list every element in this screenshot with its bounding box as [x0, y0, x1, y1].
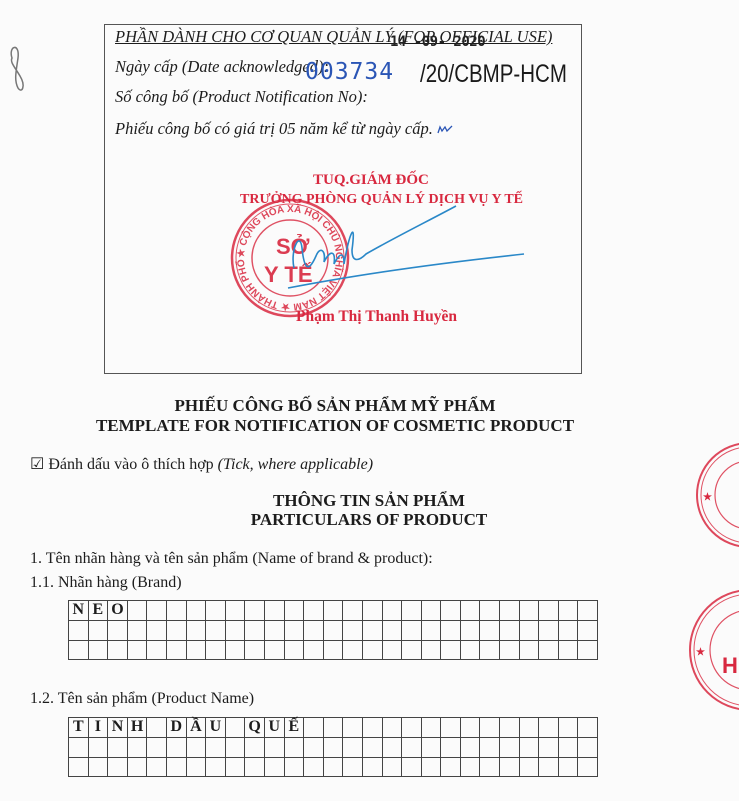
grid-cell[interactable] — [284, 757, 304, 777]
grid-cell[interactable] — [382, 718, 402, 738]
grid-cell[interactable] — [343, 620, 363, 640]
grid-cell[interactable] — [304, 718, 324, 738]
grid-cell[interactable]: O — [108, 601, 128, 621]
product-name-grid[interactable]: TINHDẦUQUẾ — [68, 717, 598, 777]
grid-cell[interactable] — [343, 601, 363, 621]
grid-cell[interactable] — [421, 718, 441, 738]
grid-cell[interactable] — [323, 737, 343, 757]
signature — [280, 190, 540, 300]
handwritten-mark — [6, 28, 32, 98]
grid-cell[interactable] — [245, 620, 265, 640]
question-1-label: 1. Tên nhãn hàng và tên sản phẩm (Name o… — [30, 550, 433, 568]
grid-cell[interactable] — [382, 640, 402, 660]
svg-text:H: H — [722, 653, 738, 678]
grid-cell[interactable]: Ế — [284, 718, 304, 738]
grid-cell[interactable] — [421, 757, 441, 777]
grid-cell[interactable] — [402, 601, 422, 621]
grid-cell[interactable] — [460, 757, 480, 777]
grid-cell[interactable] — [166, 620, 186, 640]
grid-cell[interactable] — [578, 640, 598, 660]
svg-text:★: ★ — [703, 492, 712, 503]
grid-cell[interactable] — [147, 757, 167, 777]
grid-cell[interactable] — [264, 640, 284, 660]
signatory-name: Phạm Thị Thanh Huyền — [296, 308, 457, 326]
grid-cell[interactable] — [578, 718, 598, 738]
grid-cell[interactable] — [264, 620, 284, 640]
grid-cell[interactable] — [519, 640, 539, 660]
grid-cell[interactable] — [441, 620, 461, 640]
grid-cell[interactable] — [127, 640, 147, 660]
grid-cell[interactable] — [460, 737, 480, 757]
grid-cell[interactable] — [206, 620, 226, 640]
grid-cell[interactable] — [441, 718, 461, 738]
signatory-title-1: TUQ.GIÁM ĐỐC — [313, 172, 429, 189]
grid-cell[interactable] — [166, 601, 186, 621]
grid-cell[interactable] — [402, 620, 422, 640]
grid-cell[interactable] — [343, 737, 363, 757]
grid-cell[interactable] — [519, 718, 539, 738]
grid-cell[interactable] — [147, 737, 167, 757]
grid-cell[interactable] — [343, 718, 363, 738]
grid-cell[interactable] — [147, 620, 167, 640]
grid-cell[interactable] — [578, 757, 598, 777]
grid-cell[interactable] — [225, 601, 245, 621]
grid-cell[interactable] — [519, 737, 539, 757]
grid-cell[interactable] — [206, 601, 226, 621]
grid-cell[interactable] — [480, 620, 500, 640]
brand-label: 1.1. Nhãn hàng (Brand) — [30, 574, 182, 592]
grid-cell[interactable] — [539, 640, 559, 660]
grid-cell[interactable] — [441, 640, 461, 660]
grid-cell[interactable] — [166, 737, 186, 757]
grid-cell[interactable] — [284, 620, 304, 640]
grid-cell[interactable] — [500, 620, 520, 640]
grid-cell[interactable] — [88, 620, 108, 640]
grid-cell[interactable] — [402, 640, 422, 660]
validity-note: Phiếu công bố có giá trị 05 năm kể từ ng… — [115, 119, 453, 139]
grid-cell[interactable] — [578, 601, 598, 621]
form-title-en: TEMPLATE FOR NOTIFICATION OF COSMETIC PR… — [0, 416, 670, 436]
grid-cell[interactable] — [88, 640, 108, 660]
checkbox-checked-icon: ☑ — [30, 456, 44, 473]
grid-cell[interactable] — [343, 640, 363, 660]
grid-cell[interactable] — [460, 718, 480, 738]
grid-cell[interactable] — [343, 757, 363, 777]
tick-instruction: ☑ Đánh dấu vào ô thích hợp (Tick, where … — [30, 454, 373, 474]
grid-cell[interactable] — [362, 620, 382, 640]
handwritten-initial-icon — [437, 124, 453, 134]
grid-cell[interactable] — [108, 640, 128, 660]
grid-cell[interactable] — [480, 601, 500, 621]
brand-grid[interactable]: NEO — [68, 600, 598, 660]
grid-cell[interactable] — [500, 757, 520, 777]
form-title-vi: PHIẾU CÔNG BỐ SẢN PHẨM MỸ PHẨM — [0, 396, 670, 416]
grid-cell[interactable] — [323, 640, 343, 660]
grid-cell[interactable] — [519, 757, 539, 777]
grid-cell[interactable] — [421, 601, 441, 621]
grid-cell[interactable] — [225, 640, 245, 660]
grid-cell[interactable] — [186, 737, 206, 757]
grid-cell[interactable] — [304, 620, 324, 640]
grid-cell[interactable] — [421, 640, 441, 660]
grid-cell[interactable] — [441, 737, 461, 757]
grid-cell[interactable] — [500, 601, 520, 621]
grid-cell[interactable] — [108, 737, 128, 757]
grid-cell[interactable] — [362, 718, 382, 738]
grid-cell[interactable] — [323, 601, 343, 621]
grid-cell[interactable] — [362, 601, 382, 621]
grid-cell[interactable]: U — [264, 718, 284, 738]
date-acknowledged-label: Ngày cấp (Date acknowledged): — [115, 57, 329, 77]
grid-cell[interactable] — [284, 640, 304, 660]
grid-cell[interactable] — [578, 620, 598, 640]
product-name-label: 1.2. Tên sản phẩm (Product Name) — [30, 690, 254, 708]
grid-cell[interactable] — [166, 757, 186, 777]
grid-cell[interactable] — [147, 601, 167, 621]
section-title-vi: THÔNG TIN SẢN PHẨM — [0, 491, 738, 511]
grid-cell[interactable] — [323, 757, 343, 777]
grid-cell[interactable]: E — [88, 601, 108, 621]
grid-cell[interactable] — [539, 757, 559, 777]
grid-cell[interactable] — [304, 601, 324, 621]
grid-cell[interactable] — [402, 737, 422, 757]
svg-text:★: ★ — [696, 647, 705, 658]
grid-cell[interactable] — [108, 757, 128, 777]
notification-suffix: /20/CBMP-HCM — [420, 60, 567, 89]
grid-cell[interactable] — [69, 757, 89, 777]
grid-cell[interactable] — [539, 601, 559, 621]
grid-cell[interactable] — [441, 757, 461, 777]
grid-cell[interactable] — [539, 718, 559, 738]
grid-cell[interactable] — [264, 601, 284, 621]
date-acknowledged-value: 14 -09- 2020 — [390, 34, 485, 50]
grid-cell[interactable] — [88, 737, 108, 757]
grid-cell[interactable] — [558, 737, 578, 757]
grid-cell[interactable] — [539, 620, 559, 640]
grid-cell[interactable] — [245, 737, 265, 757]
grid-cell[interactable] — [284, 737, 304, 757]
grid-cell[interactable] — [186, 640, 206, 660]
grid-cell[interactable]: D — [166, 718, 186, 738]
partial-seal-stamp-2: ★ H — [684, 585, 739, 715]
grid-cell[interactable] — [245, 601, 265, 621]
grid-cell[interactable] — [558, 620, 578, 640]
grid-cell[interactable] — [421, 620, 441, 640]
grid-cell[interactable] — [225, 757, 245, 777]
grid-cell[interactable] — [382, 757, 402, 777]
grid-cell[interactable] — [402, 718, 422, 738]
grid-cell[interactable] — [500, 640, 520, 660]
grid-cell[interactable]: T — [69, 718, 89, 738]
grid-cell[interactable] — [127, 757, 147, 777]
grid-cell[interactable] — [186, 757, 206, 777]
grid-cell[interactable] — [500, 718, 520, 738]
grid-cell[interactable] — [186, 620, 206, 640]
grid-cell[interactable] — [147, 640, 167, 660]
grid-cell[interactable] — [402, 757, 422, 777]
grid-cell[interactable] — [460, 640, 480, 660]
grid-cell[interactable] — [225, 718, 245, 738]
grid-cell[interactable] — [362, 640, 382, 660]
grid-cell[interactable]: Ầ — [186, 718, 206, 738]
grid-cell[interactable] — [519, 620, 539, 640]
grid-cell[interactable] — [558, 718, 578, 738]
grid-cell[interactable] — [500, 737, 520, 757]
grid-cell[interactable] — [69, 640, 89, 660]
grid-cell[interactable] — [382, 620, 402, 640]
grid-cell[interactable] — [460, 620, 480, 640]
notification-number: 003734 — [305, 59, 394, 85]
grid-cell[interactable] — [225, 620, 245, 640]
grid-cell[interactable] — [166, 640, 186, 660]
grid-cell[interactable] — [480, 718, 500, 738]
grid-cell[interactable] — [362, 757, 382, 777]
grid-cell[interactable] — [304, 737, 324, 757]
grid-cell[interactable] — [186, 601, 206, 621]
grid-cell[interactable] — [558, 640, 578, 660]
grid-cell[interactable] — [147, 718, 167, 738]
grid-cell[interactable] — [323, 620, 343, 640]
grid-cell[interactable] — [69, 620, 89, 640]
grid-cell[interactable] — [206, 640, 226, 660]
grid-cell[interactable] — [480, 640, 500, 660]
grid-cell[interactable] — [441, 601, 461, 621]
grid-cell[interactable] — [519, 601, 539, 621]
grid-cell[interactable] — [480, 737, 500, 757]
grid-cell[interactable] — [264, 737, 284, 757]
grid-cell[interactable] — [362, 737, 382, 757]
grid-cell[interactable]: N — [69, 601, 89, 621]
grid-cell[interactable] — [304, 640, 324, 660]
grid-cell[interactable] — [578, 737, 598, 757]
grid-cell[interactable]: U — [206, 718, 226, 738]
grid-cell[interactable] — [127, 620, 147, 640]
grid-cell[interactable] — [421, 737, 441, 757]
partial-seal-stamp-1: ★ — [693, 440, 739, 550]
grid-cell[interactable] — [460, 601, 480, 621]
grid-cell[interactable] — [558, 757, 578, 777]
grid-cell[interactable] — [382, 737, 402, 757]
grid-cell[interactable] — [127, 737, 147, 757]
grid-cell[interactable] — [264, 757, 284, 777]
grid-cell[interactable] — [558, 601, 578, 621]
grid-cell[interactable] — [480, 757, 500, 777]
grid-cell[interactable]: I — [88, 718, 108, 738]
grid-cell[interactable] — [206, 737, 226, 757]
grid-cell[interactable] — [323, 718, 343, 738]
grid-cell[interactable] — [382, 601, 402, 621]
grid-cell[interactable] — [206, 757, 226, 777]
grid-cell[interactable] — [245, 757, 265, 777]
grid-cell[interactable] — [108, 620, 128, 640]
grid-cell[interactable] — [304, 757, 324, 777]
grid-cell[interactable]: N — [108, 718, 128, 738]
grid-cell[interactable] — [245, 640, 265, 660]
grid-cell[interactable] — [225, 737, 245, 757]
official-use-title: PHẦN DÀNH CHO CƠ QUAN QUẢN LÝ (FOR OFFIC… — [115, 27, 552, 47]
grid-cell[interactable]: Q — [245, 718, 265, 738]
section-title-en: PARTICULARS OF PRODUCT — [0, 510, 738, 530]
grid-cell[interactable]: H — [127, 718, 147, 738]
grid-cell[interactable] — [284, 601, 304, 621]
grid-cell[interactable] — [539, 737, 559, 757]
grid-cell[interactable] — [69, 737, 89, 757]
grid-cell[interactable] — [127, 601, 147, 621]
notification-number-label: Số công bố (Product Notification No): — [115, 87, 368, 107]
grid-cell[interactable] — [88, 757, 108, 777]
